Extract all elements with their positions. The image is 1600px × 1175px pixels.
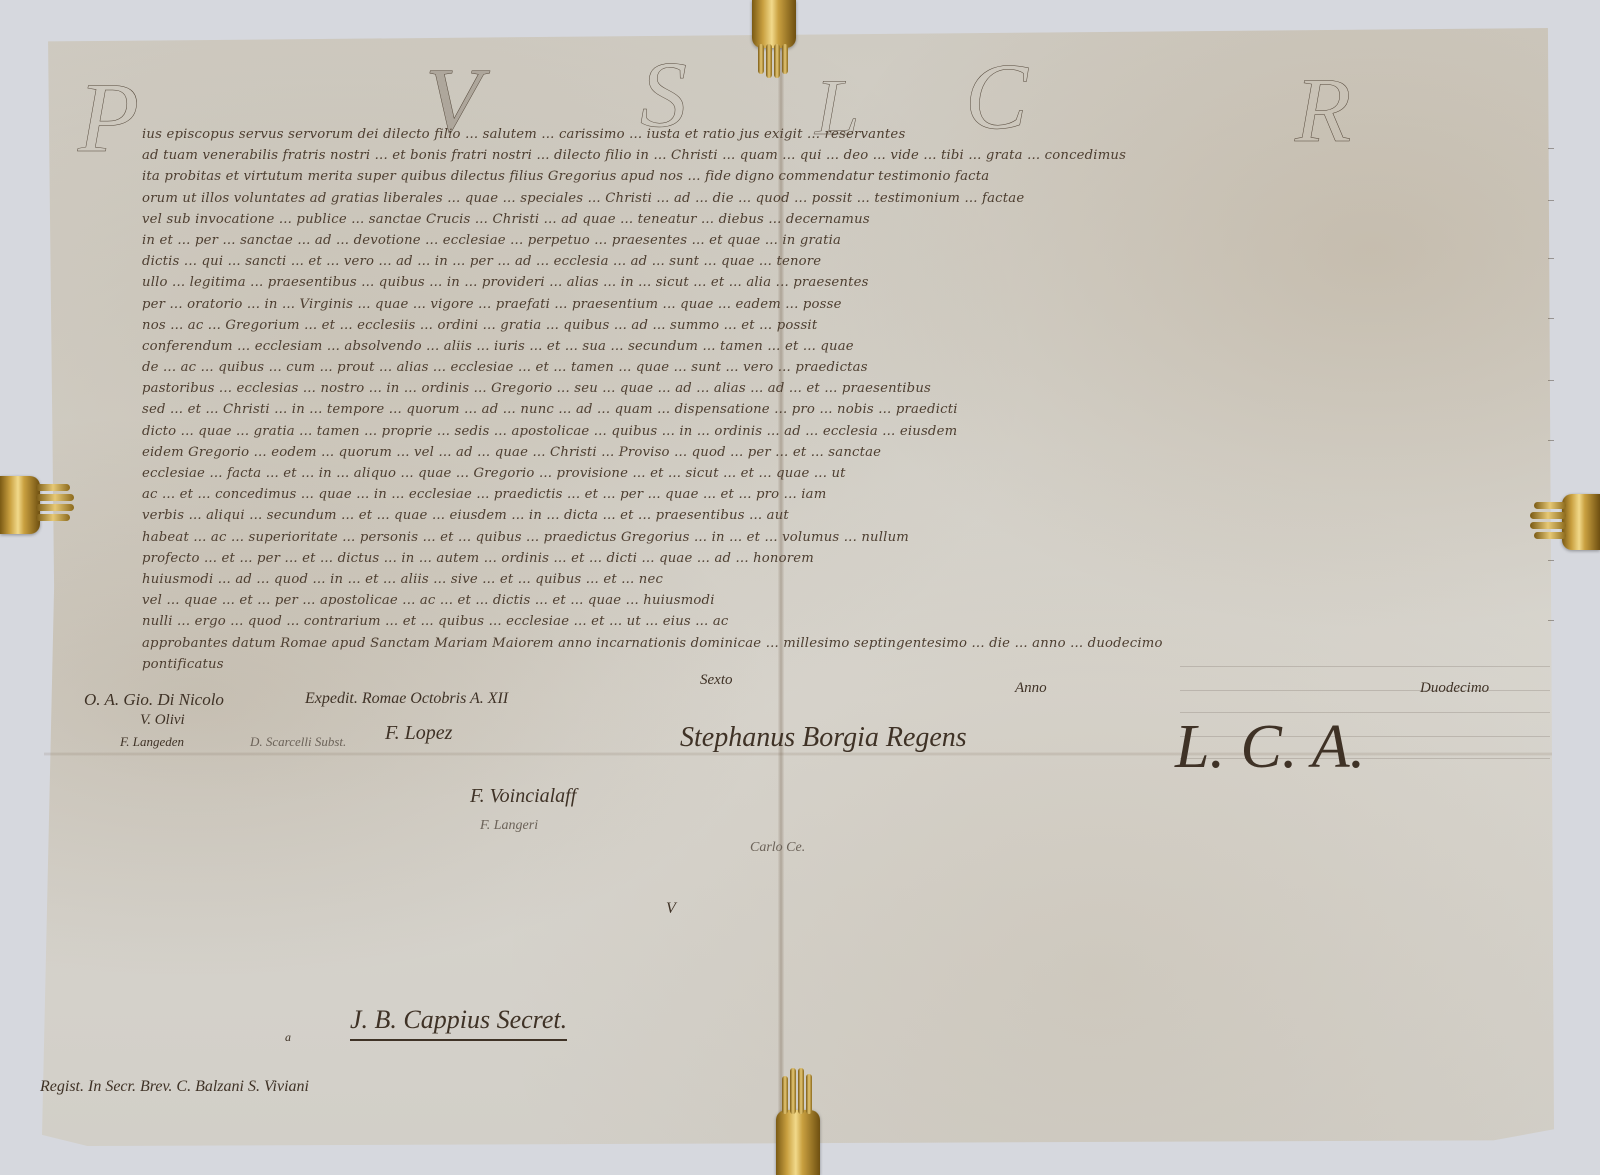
margin-tick [1548, 318, 1554, 319]
center-note: Carlo Ce. [750, 840, 805, 856]
date-word: Sexto [700, 672, 732, 689]
text-line: ita probitas et virtutum merita super qu… [142, 166, 1532, 187]
text-line: habeat ... ac ... superioritate ... pers… [142, 527, 1532, 548]
text-line: nulli ... ergo ... quod ... contrarium .… [142, 611, 1532, 632]
marginal-mark: a [285, 1030, 291, 1045]
margin-tick [1548, 148, 1554, 149]
text-line: approbantes datum Romae apud Sanctam Mar… [142, 633, 1532, 654]
text-line: ad tuam venerabilis fratris nostri ... e… [142, 145, 1532, 166]
chancery-note: O. A. Gio. Di Nicolo [84, 690, 224, 710]
text-line: nos ... ac ... Gregorium ... et ... eccl… [142, 315, 1532, 336]
text-line: pontificatus [142, 654, 322, 675]
text-line: conferendum ... ecclesiam ... absolvendo… [142, 336, 1532, 357]
margin-tick [1548, 258, 1554, 259]
text-line: profecto ... et ... per ... et ... dictu… [142, 548, 1532, 569]
brass-hand-clip-left [0, 476, 40, 534]
margin-tick [1548, 620, 1554, 621]
text-line: dictis ... qui ... sancti ... et ... ver… [142, 251, 1532, 272]
secondary-signature: F. Voincialaff [470, 785, 576, 808]
regent-signature: Stephanus Borgia Regens [680, 722, 967, 754]
text-line: ecclesiae ... facta ... et ... in ... al… [142, 463, 1532, 484]
text-line: eidem Gregorio ... eodem ... quorum ... … [142, 442, 1532, 463]
date-word: Anno [1015, 680, 1047, 697]
text-line: verbis ... aliqui ... secundum ... et ..… [142, 505, 1532, 526]
date-word: Duodecimo [1420, 680, 1489, 697]
text-line: sed ... et ... Christi ... in ... tempor… [142, 399, 1532, 420]
monogram-signature: L. C. A. [1175, 712, 1365, 783]
margin-tick [1548, 560, 1554, 561]
margin-tick [1548, 440, 1554, 441]
initial-letter: P [78, 68, 139, 168]
text-line: vel sub invocatione ... publice ... sanc… [142, 209, 1532, 230]
secondary-signature: F. Langeri [480, 818, 538, 834]
text-line: huiusmodi ... ad ... quod ... in ... et … [142, 569, 1532, 590]
secretary-signature: J. B. Cappius Secret. [350, 1005, 567, 1041]
text-line: dicto ... quae ... gratia ... tamen ... … [142, 421, 1532, 442]
text-line: in et ... per ... sanctae ... ad ... dev… [142, 230, 1532, 251]
text-line: orum ut illos voluntates ad gratias libe… [142, 188, 1532, 209]
text-line: ullo ... legitima ... praesentibus ... q… [142, 272, 1532, 293]
text-line: ius episcopus servus servorum dei dilect… [142, 124, 1532, 145]
chancery-note: V. Olivi [140, 712, 185, 729]
brass-hand-clip-top [752, 0, 796, 48]
chancery-note: F. Langeden [120, 734, 184, 750]
margin-tick [1548, 200, 1554, 201]
text-line: pastoribus ... ecclesias ... nostro ... … [142, 378, 1532, 399]
margin-tick [1548, 380, 1554, 381]
ruled-line [1180, 690, 1550, 691]
registry-note: Regist. In Secr. Brev. C. Balzani S. Viv… [40, 1078, 309, 1096]
expedition-note: Expedit. Romae Octobris A. XII [305, 690, 508, 708]
text-line: ac ... et ... concedimus ... quae ... in… [142, 484, 1532, 505]
document-body: ius episcopus servus servorum dei dilect… [142, 124, 1532, 675]
brass-hand-clip-right [1562, 494, 1600, 550]
brass-hand-clip-bottom [776, 1110, 820, 1175]
text-line: de ... ac ... quibus ... cum ... prout .… [142, 357, 1532, 378]
text-line: vel ... quae ... et ... per ... apostoli… [142, 590, 1532, 611]
registrar-signature: F. Lopez [385, 722, 452, 745]
check-mark: V [666, 900, 676, 918]
substitute-signature: D. Scarcelli Subst. [250, 734, 346, 750]
text-line: per ... oratorio ... in ... Virginis ...… [142, 294, 1532, 315]
